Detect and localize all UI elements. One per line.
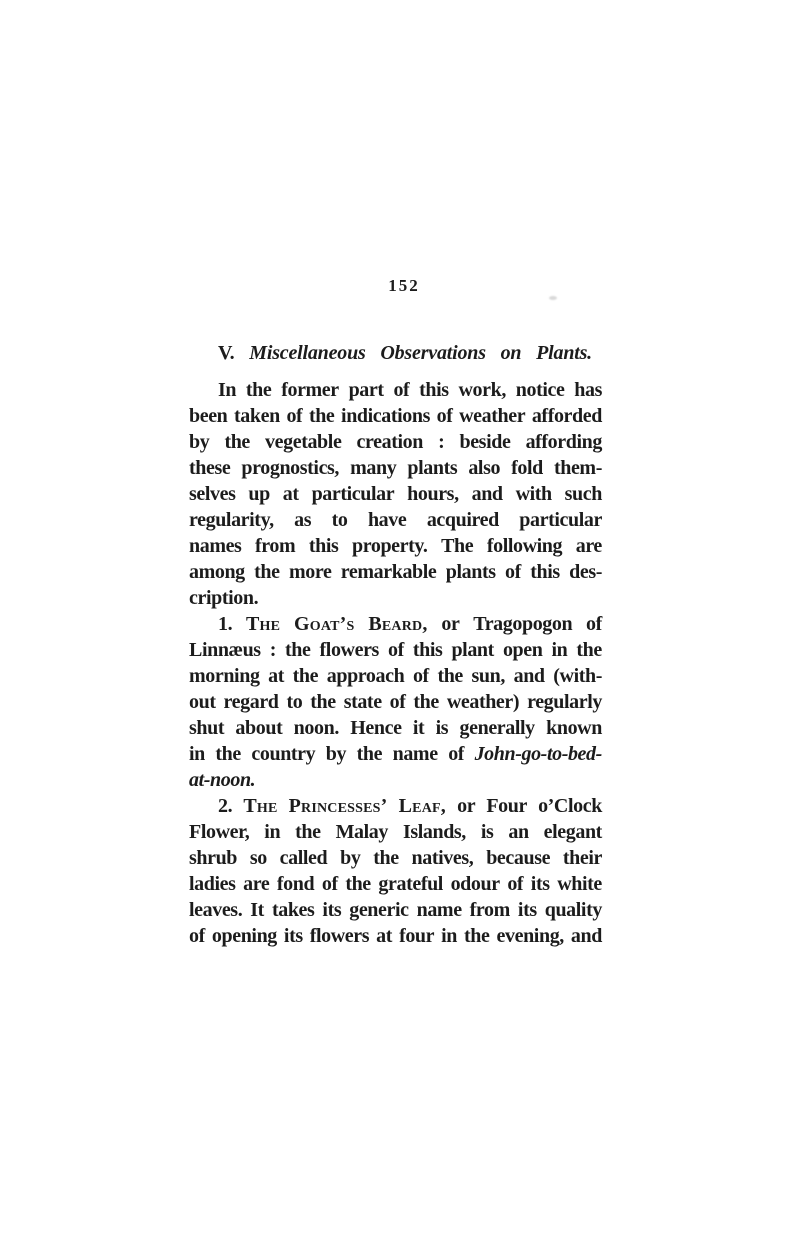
word: Four	[486, 793, 527, 819]
word: white	[557, 871, 602, 897]
word: name	[393, 741, 438, 767]
word: among	[189, 559, 245, 585]
word: sun,	[472, 663, 505, 689]
word: noon.	[294, 715, 339, 741]
word: generic	[349, 897, 408, 923]
word: is	[481, 819, 494, 845]
word: this	[419, 377, 449, 403]
word: the	[215, 741, 240, 767]
word: also	[468, 455, 500, 481]
word: of	[507, 871, 523, 897]
word: its	[531, 871, 550, 897]
word: from	[470, 897, 510, 923]
word: on	[501, 340, 522, 366]
text-line: Intheformerpartofthiswork,noticehas	[189, 377, 602, 403]
word: regularly	[527, 689, 602, 715]
word: beside	[459, 429, 510, 455]
word: of	[393, 377, 409, 403]
word: the	[254, 559, 279, 585]
word: part	[349, 377, 384, 403]
word: Beard,	[368, 611, 427, 637]
word: of	[189, 923, 205, 949]
word: in	[189, 741, 205, 767]
word: natives,	[412, 845, 474, 871]
text-line: 1.TheGoat’sBeard,orTragopogonof	[189, 611, 602, 637]
word: of	[586, 611, 602, 637]
word: plant	[451, 637, 493, 663]
word: by	[326, 741, 346, 767]
word: so	[250, 845, 267, 871]
word: open	[503, 637, 543, 663]
word: elegant	[544, 819, 602, 845]
word: in	[552, 637, 568, 663]
word: particular	[312, 481, 395, 507]
word: grateful	[378, 871, 443, 897]
word: afforded	[532, 403, 602, 429]
text-segment: at-noon.	[189, 769, 255, 791]
text-line: beentakenoftheindicationsofweatherafford…	[189, 403, 602, 429]
word: shrub	[189, 845, 237, 871]
text-block: Intheformerpartofthiswork,noticehasbeent…	[189, 377, 602, 949]
word: shut	[189, 715, 224, 741]
word: the	[464, 923, 489, 949]
word: ladies	[189, 871, 236, 897]
word: up	[248, 481, 269, 507]
word: Linnæus	[189, 637, 261, 663]
word: des-	[569, 559, 602, 585]
word: been	[189, 403, 227, 429]
text-line: inthecountrybythenameofJohn-go-to-bed-	[189, 741, 602, 767]
word: quality	[545, 897, 602, 923]
word: approach	[327, 663, 405, 689]
word: generally	[460, 715, 535, 741]
word: the	[437, 663, 462, 689]
word: an	[508, 819, 528, 845]
text-line: shutaboutnoon.Henceitisgenerallyknown	[189, 715, 602, 741]
word: property.	[352, 533, 427, 559]
word: Islands,	[403, 819, 466, 845]
text-line: outregardtothestateoftheweather)regularl…	[189, 689, 602, 715]
word: has	[574, 377, 602, 403]
word: weather	[459, 403, 525, 429]
word: at	[283, 481, 299, 507]
word: Flower,	[189, 819, 249, 845]
word: and	[472, 481, 503, 507]
word: its	[322, 897, 341, 923]
word: of	[322, 871, 338, 897]
word: Plants.	[536, 340, 592, 366]
word: of	[413, 663, 429, 689]
word: The	[243, 793, 277, 819]
word: leaves.	[189, 897, 242, 923]
word: Princesses’	[289, 793, 388, 819]
word: the	[246, 377, 271, 403]
word: have	[368, 507, 406, 533]
word: notice	[516, 377, 565, 403]
text-segment: cription.	[189, 587, 258, 609]
word: of	[505, 559, 521, 585]
word: from	[255, 533, 295, 559]
word: weather)	[447, 689, 519, 715]
text-line: morningattheapproachofthesun,and(with-	[189, 663, 602, 689]
word: morning	[189, 663, 260, 689]
word: by	[340, 845, 360, 871]
word: more	[289, 559, 331, 585]
word: them-	[554, 455, 602, 481]
word: state	[344, 689, 382, 715]
word: by	[189, 429, 209, 455]
word: country	[251, 741, 315, 767]
text-line: theseprognostics,manyplantsalsofoldthem-	[189, 455, 602, 481]
word: regularity,	[189, 507, 274, 533]
word: or	[441, 611, 459, 637]
text-line: regularity,astohaveacquiredparticular	[189, 507, 602, 533]
text-line: leaves.Ittakesitsgenericnamefromitsquali…	[189, 897, 602, 923]
word: prognostics,	[241, 455, 339, 481]
word: flowers	[310, 923, 369, 949]
word: Malay	[336, 819, 388, 845]
word: are	[243, 871, 269, 897]
word: plants	[407, 455, 457, 481]
word: the	[357, 741, 382, 767]
word: o’Clock	[538, 793, 602, 819]
word: work,	[458, 377, 505, 403]
word: this	[413, 637, 443, 663]
word: at	[376, 923, 392, 949]
word: name	[417, 897, 462, 923]
book-page: 152 V.MiscellaneousObservationsonPlants.…	[0, 0, 800, 1237]
word: affording	[526, 429, 602, 455]
word: many	[350, 455, 396, 481]
word: former	[281, 377, 339, 403]
word: indications	[341, 403, 430, 429]
word: at	[268, 663, 284, 689]
word: the	[373, 845, 398, 871]
word: of	[286, 403, 302, 429]
word: remarkable	[341, 559, 437, 585]
word: of	[448, 741, 464, 767]
word: called	[280, 845, 328, 871]
word: to	[332, 507, 348, 533]
word: selves	[189, 481, 235, 507]
word: 2.	[218, 793, 232, 819]
section-heading: V.MiscellaneousObservationsonPlants.	[218, 340, 592, 366]
text-line: ladiesarefondofthegratefulodourofitswhit…	[189, 871, 602, 897]
word: the	[293, 663, 318, 689]
word: of	[388, 637, 404, 663]
text-line: Linnæus:theflowersofthisplantopeninthe	[189, 637, 602, 663]
word: vegetable	[265, 429, 341, 455]
word: odour	[451, 871, 500, 897]
word: flowers	[320, 637, 379, 663]
word: it	[413, 715, 424, 741]
word: four	[399, 923, 434, 949]
word: fold	[511, 455, 543, 481]
word: the	[576, 637, 601, 663]
word: regard	[224, 689, 279, 715]
scan-speck-artifact	[549, 296, 557, 300]
word: taken	[234, 403, 280, 429]
word: in	[264, 819, 280, 845]
word: Tragopogon	[473, 611, 572, 637]
word: these	[189, 455, 230, 481]
text-line: cription.	[189, 585, 602, 611]
word: Leaf,	[399, 793, 446, 819]
text-line: Flower,intheMalayIslands,isanelegant	[189, 819, 602, 845]
word: Observations	[380, 340, 485, 366]
word: its	[284, 923, 303, 949]
word: the	[224, 429, 249, 455]
word: to	[286, 689, 302, 715]
text-line: at-noon.	[189, 767, 602, 793]
word: plants	[446, 559, 496, 585]
word: acquired	[427, 507, 499, 533]
word: as	[294, 507, 311, 533]
word: is	[436, 715, 449, 741]
word: its	[518, 897, 537, 923]
word: of	[390, 689, 406, 715]
word: known	[546, 715, 602, 741]
word: The	[441, 533, 473, 559]
word: creation	[357, 429, 423, 455]
word: their	[563, 845, 602, 871]
word: in	[441, 923, 457, 949]
word: this	[309, 533, 339, 559]
word: Miscellaneous	[249, 340, 365, 366]
text-line: namesfromthisproperty.Thefollowingare	[189, 533, 602, 559]
word: following	[487, 533, 562, 559]
text-line: amongthemoreremarkableplantsofthisdes-	[189, 559, 602, 585]
word: takes	[272, 897, 314, 923]
word: the	[345, 871, 370, 897]
word: the	[285, 637, 310, 663]
word: because	[486, 845, 550, 871]
word: and	[571, 923, 602, 949]
word: It	[250, 897, 264, 923]
text-line: ofopeningitsflowersatfourintheevening,an…	[189, 923, 602, 949]
word: fond	[277, 871, 314, 897]
word: or	[457, 793, 475, 819]
word: :	[438, 429, 444, 455]
word: the	[295, 819, 320, 845]
word: :	[270, 637, 276, 663]
word: particular	[519, 507, 602, 533]
word: Goat’s	[294, 611, 355, 637]
word: The	[246, 611, 280, 637]
word: about	[235, 715, 282, 741]
word: (with-	[553, 663, 602, 689]
word: with	[516, 481, 552, 507]
word: the	[309, 403, 334, 429]
text-line: bythevegetablecreation:besideaffording	[189, 429, 602, 455]
word: such	[565, 481, 602, 507]
word: are	[576, 533, 602, 559]
word: V.	[218, 340, 234, 366]
page-number: 152	[4, 276, 800, 296]
word: evening,	[497, 923, 564, 949]
text-line: 2.ThePrincesses’Leaf,orFouro’Clock	[189, 793, 602, 819]
word: Hence	[350, 715, 401, 741]
word: John-go-to-bed-	[475, 741, 602, 767]
text-line: shrubsocalledbythenatives,becausetheir	[189, 845, 602, 871]
word: out	[189, 689, 216, 715]
word: of	[437, 403, 453, 429]
word: names	[189, 533, 241, 559]
word: and	[514, 663, 545, 689]
word: the	[413, 689, 438, 715]
word: this	[530, 559, 560, 585]
word: the	[310, 689, 335, 715]
word: In	[218, 377, 236, 403]
word: hours,	[407, 481, 459, 507]
text-line: selvesupatparticularhours,andwithsuch	[189, 481, 602, 507]
word: opening	[212, 923, 277, 949]
word: 1.	[218, 611, 232, 637]
